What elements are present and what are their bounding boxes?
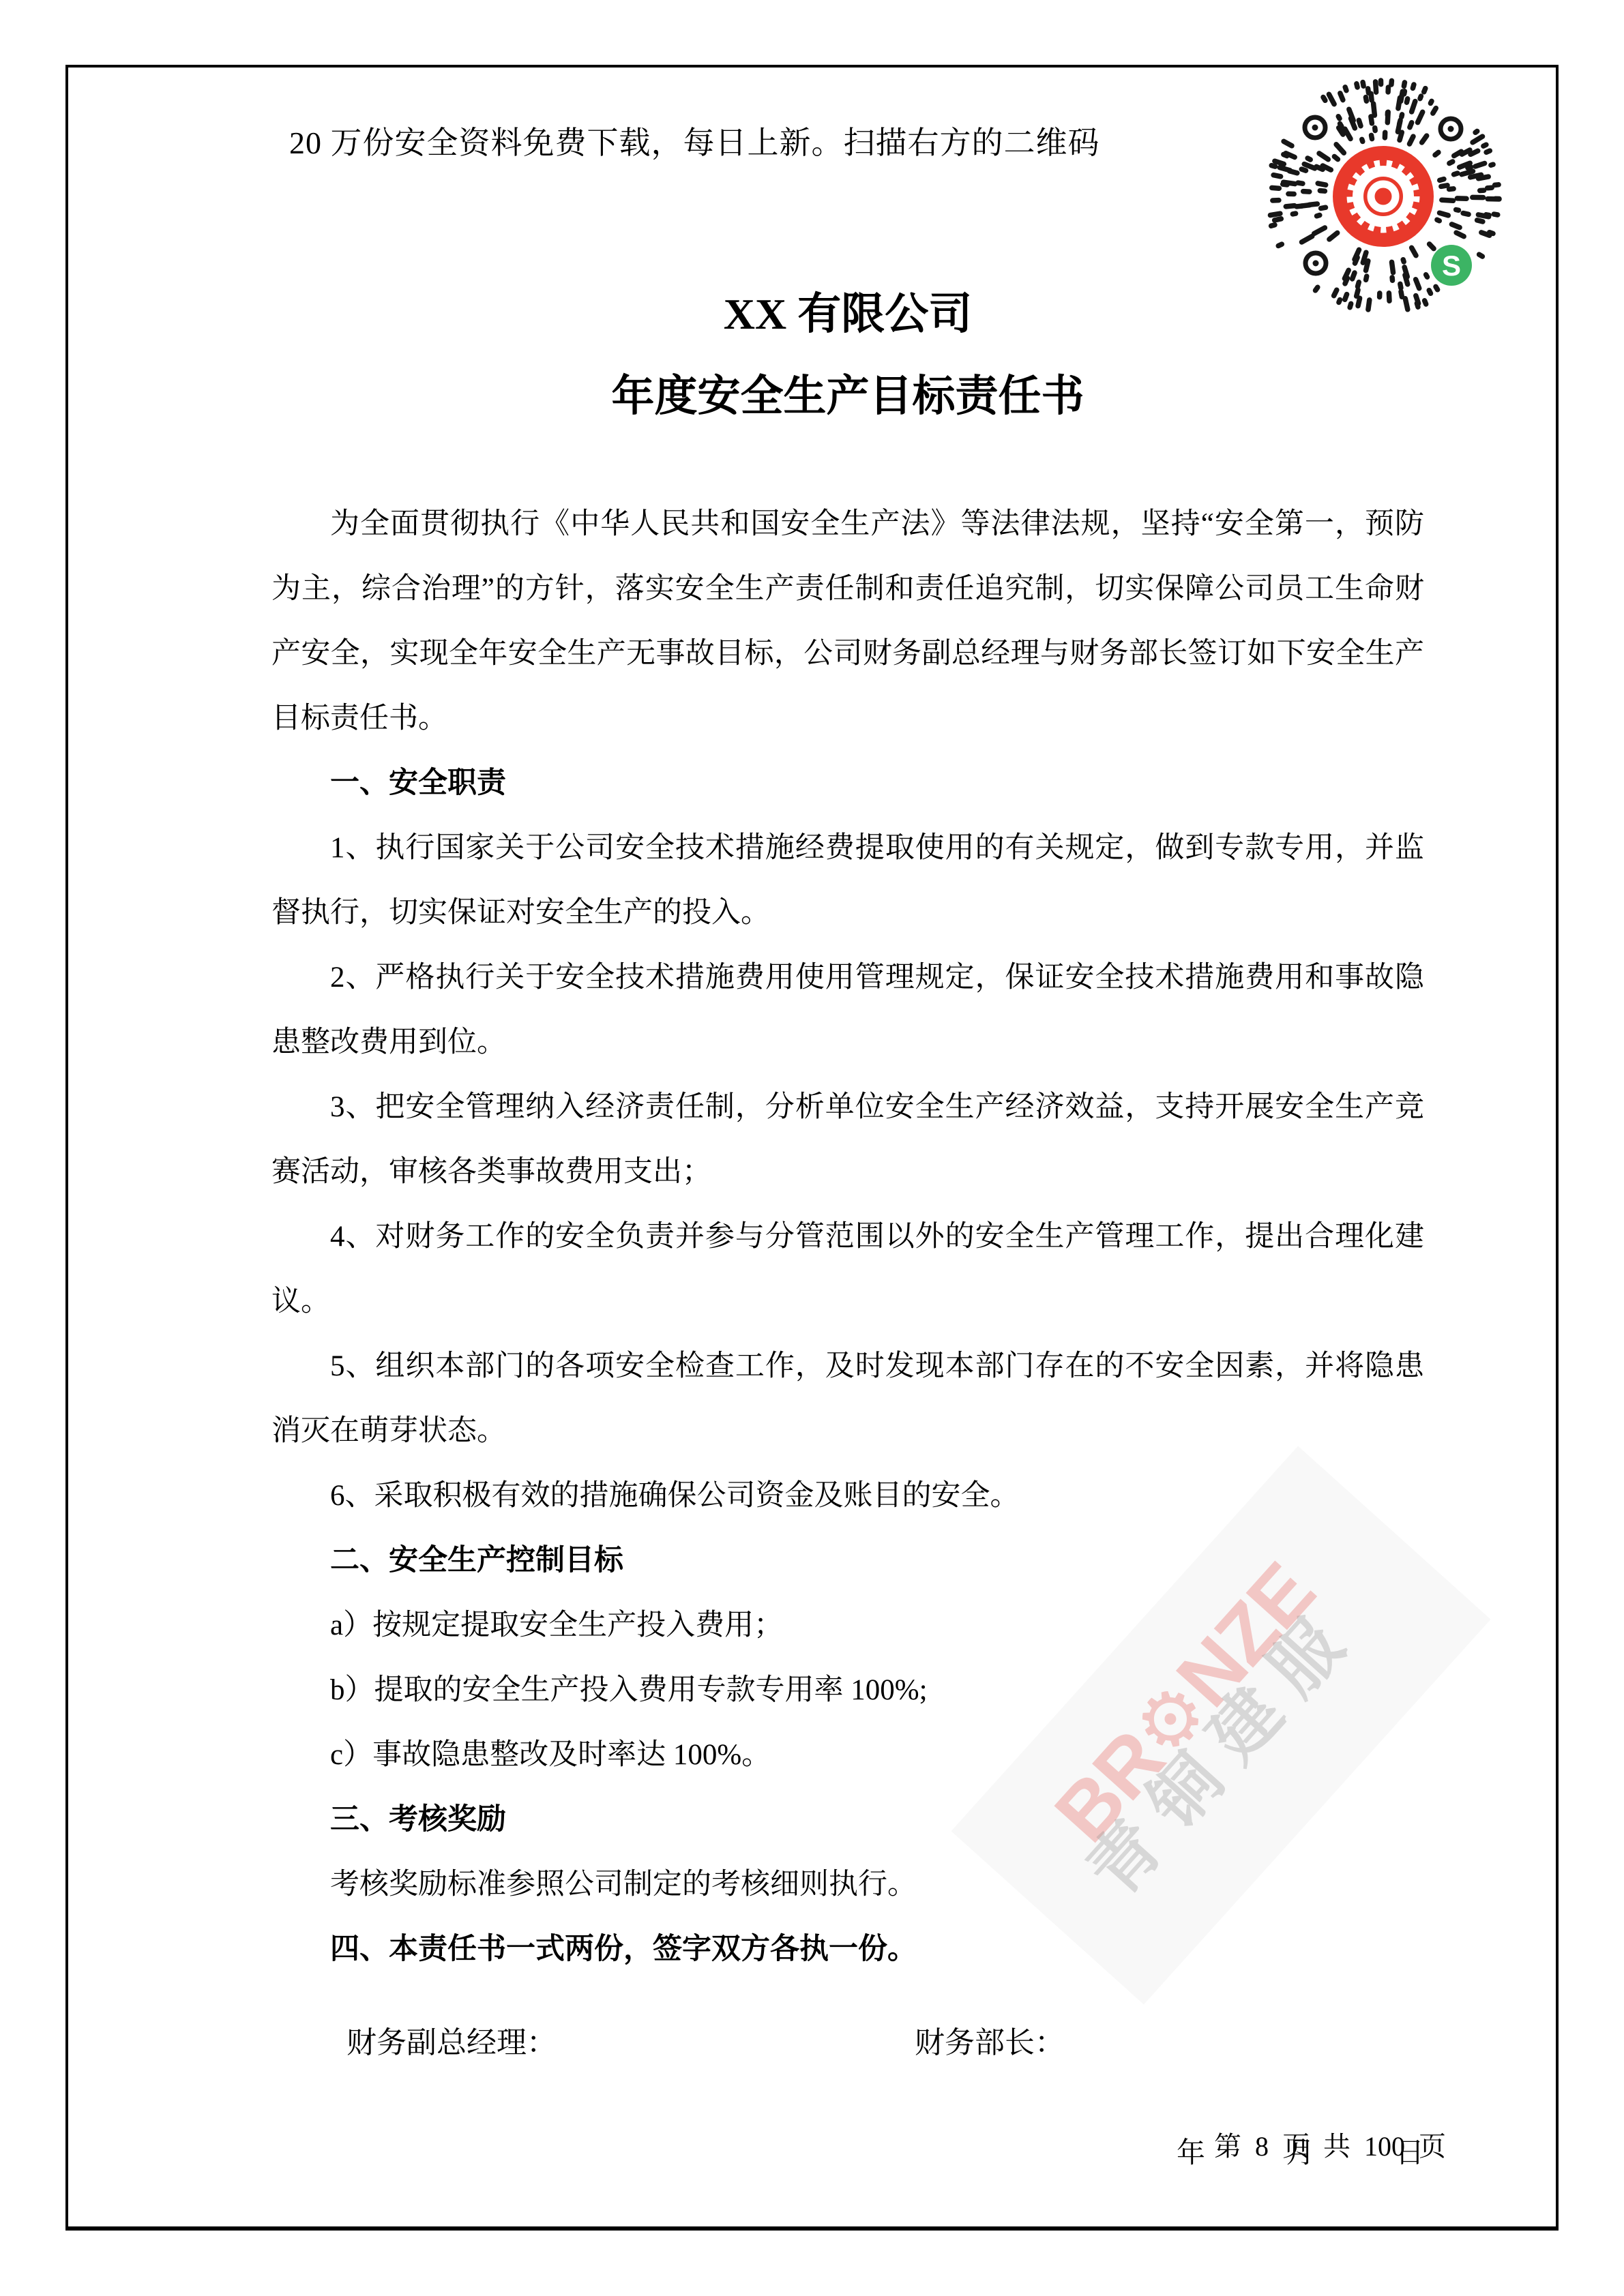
qr-code-graphic: S bbox=[1267, 76, 1506, 312]
section1-item: 5、组织本部门的各项安全检查工作，及时发现本部门存在的不安全因素，并将隐患消灭在… bbox=[271, 1334, 1424, 1463]
header-notice: 20 万份安全资料免费下载，每日上新。扫描右方的二维码 bbox=[289, 124, 1100, 162]
page-number-footer: 第 8 页 共 100 页 bbox=[1214, 2130, 1446, 2163]
section1-item: 4、对财务工作的安全负责并参与分管范围以外的安全生产管理工作，提出合理化建议。 bbox=[271, 1204, 1424, 1334]
signature-label-finance-minister: 财务部长： bbox=[915, 2018, 1065, 2061]
section2-item: c）事故隐患整改及时率达 100%。 bbox=[271, 1723, 1424, 1787]
company-title: XX 有限公司 bbox=[271, 290, 1424, 339]
date-year-label: 年 bbox=[1177, 2130, 1205, 2171]
section1-item: 3、把安全管理纳入经济责任制，分析单位安全生产经济效益，支持开展安全生产竞赛活动… bbox=[271, 1075, 1424, 1204]
qr-badge-glyph: S bbox=[1442, 250, 1461, 282]
section4-heading: 四、本责任书一式两份，签字双方各执一份。 bbox=[271, 1917, 1424, 1982]
section1-item: 1、执行国家关于公司安全技术措施经费提取使用的有关规定，做到专款专用，并监督执行… bbox=[271, 816, 1424, 945]
document-body: 为全面贯彻执行《中华人民共和国安全生产法》等法律法规，坚持“安全第一，预防为主，… bbox=[271, 492, 1424, 1982]
section1-heading: 一、安全职责 bbox=[271, 751, 1424, 816]
intro-paragraph: 为全面贯彻执行《中华人民共和国安全生产法》等法律法规，坚持“安全第一，预防为主，… bbox=[271, 492, 1424, 751]
section2-item: a）按规定提取安全生产投入费用； bbox=[271, 1593, 1424, 1658]
qr-green-badge: S bbox=[1431, 245, 1472, 286]
section1-item: 2、严格执行关于安全技术措施费用使用管理规定，保证安全技术措施费用和事故隐患整改… bbox=[271, 945, 1424, 1075]
document-content: XX 有限公司 年度安全生产目标责任书 为全面贯彻执行《中华人民共和国安全生产法… bbox=[271, 290, 1424, 2171]
qr-code: S bbox=[1267, 76, 1506, 312]
document-title: 年度安全生产目标责任书 bbox=[271, 372, 1424, 421]
signature-label-deputy-finance-manager: 财务副总经理： bbox=[346, 2018, 557, 2061]
section3-body: 考核奖励标准参照公司制定的考核细则执行。 bbox=[271, 1852, 1424, 1917]
qr-center-gear-logo bbox=[1333, 146, 1434, 247]
section2-item: b）提取的安全生产投入费用专款专用率 100%; bbox=[271, 1658, 1424, 1723]
section1-item: 6、采取积极有效的措施确保公司资金及账目的安全。 bbox=[271, 1463, 1424, 1528]
section2-heading: 二、安全生产控制目标 bbox=[271, 1528, 1424, 1593]
section3-heading: 三、考核奖励 bbox=[271, 1787, 1424, 1852]
document-page: 20 万份安全资料免费下载，每日上新。扫描右方的二维码 bbox=[0, 0, 1624, 2296]
signature-row: 财务副总经理： 财务部长： bbox=[271, 2018, 1424, 2083]
